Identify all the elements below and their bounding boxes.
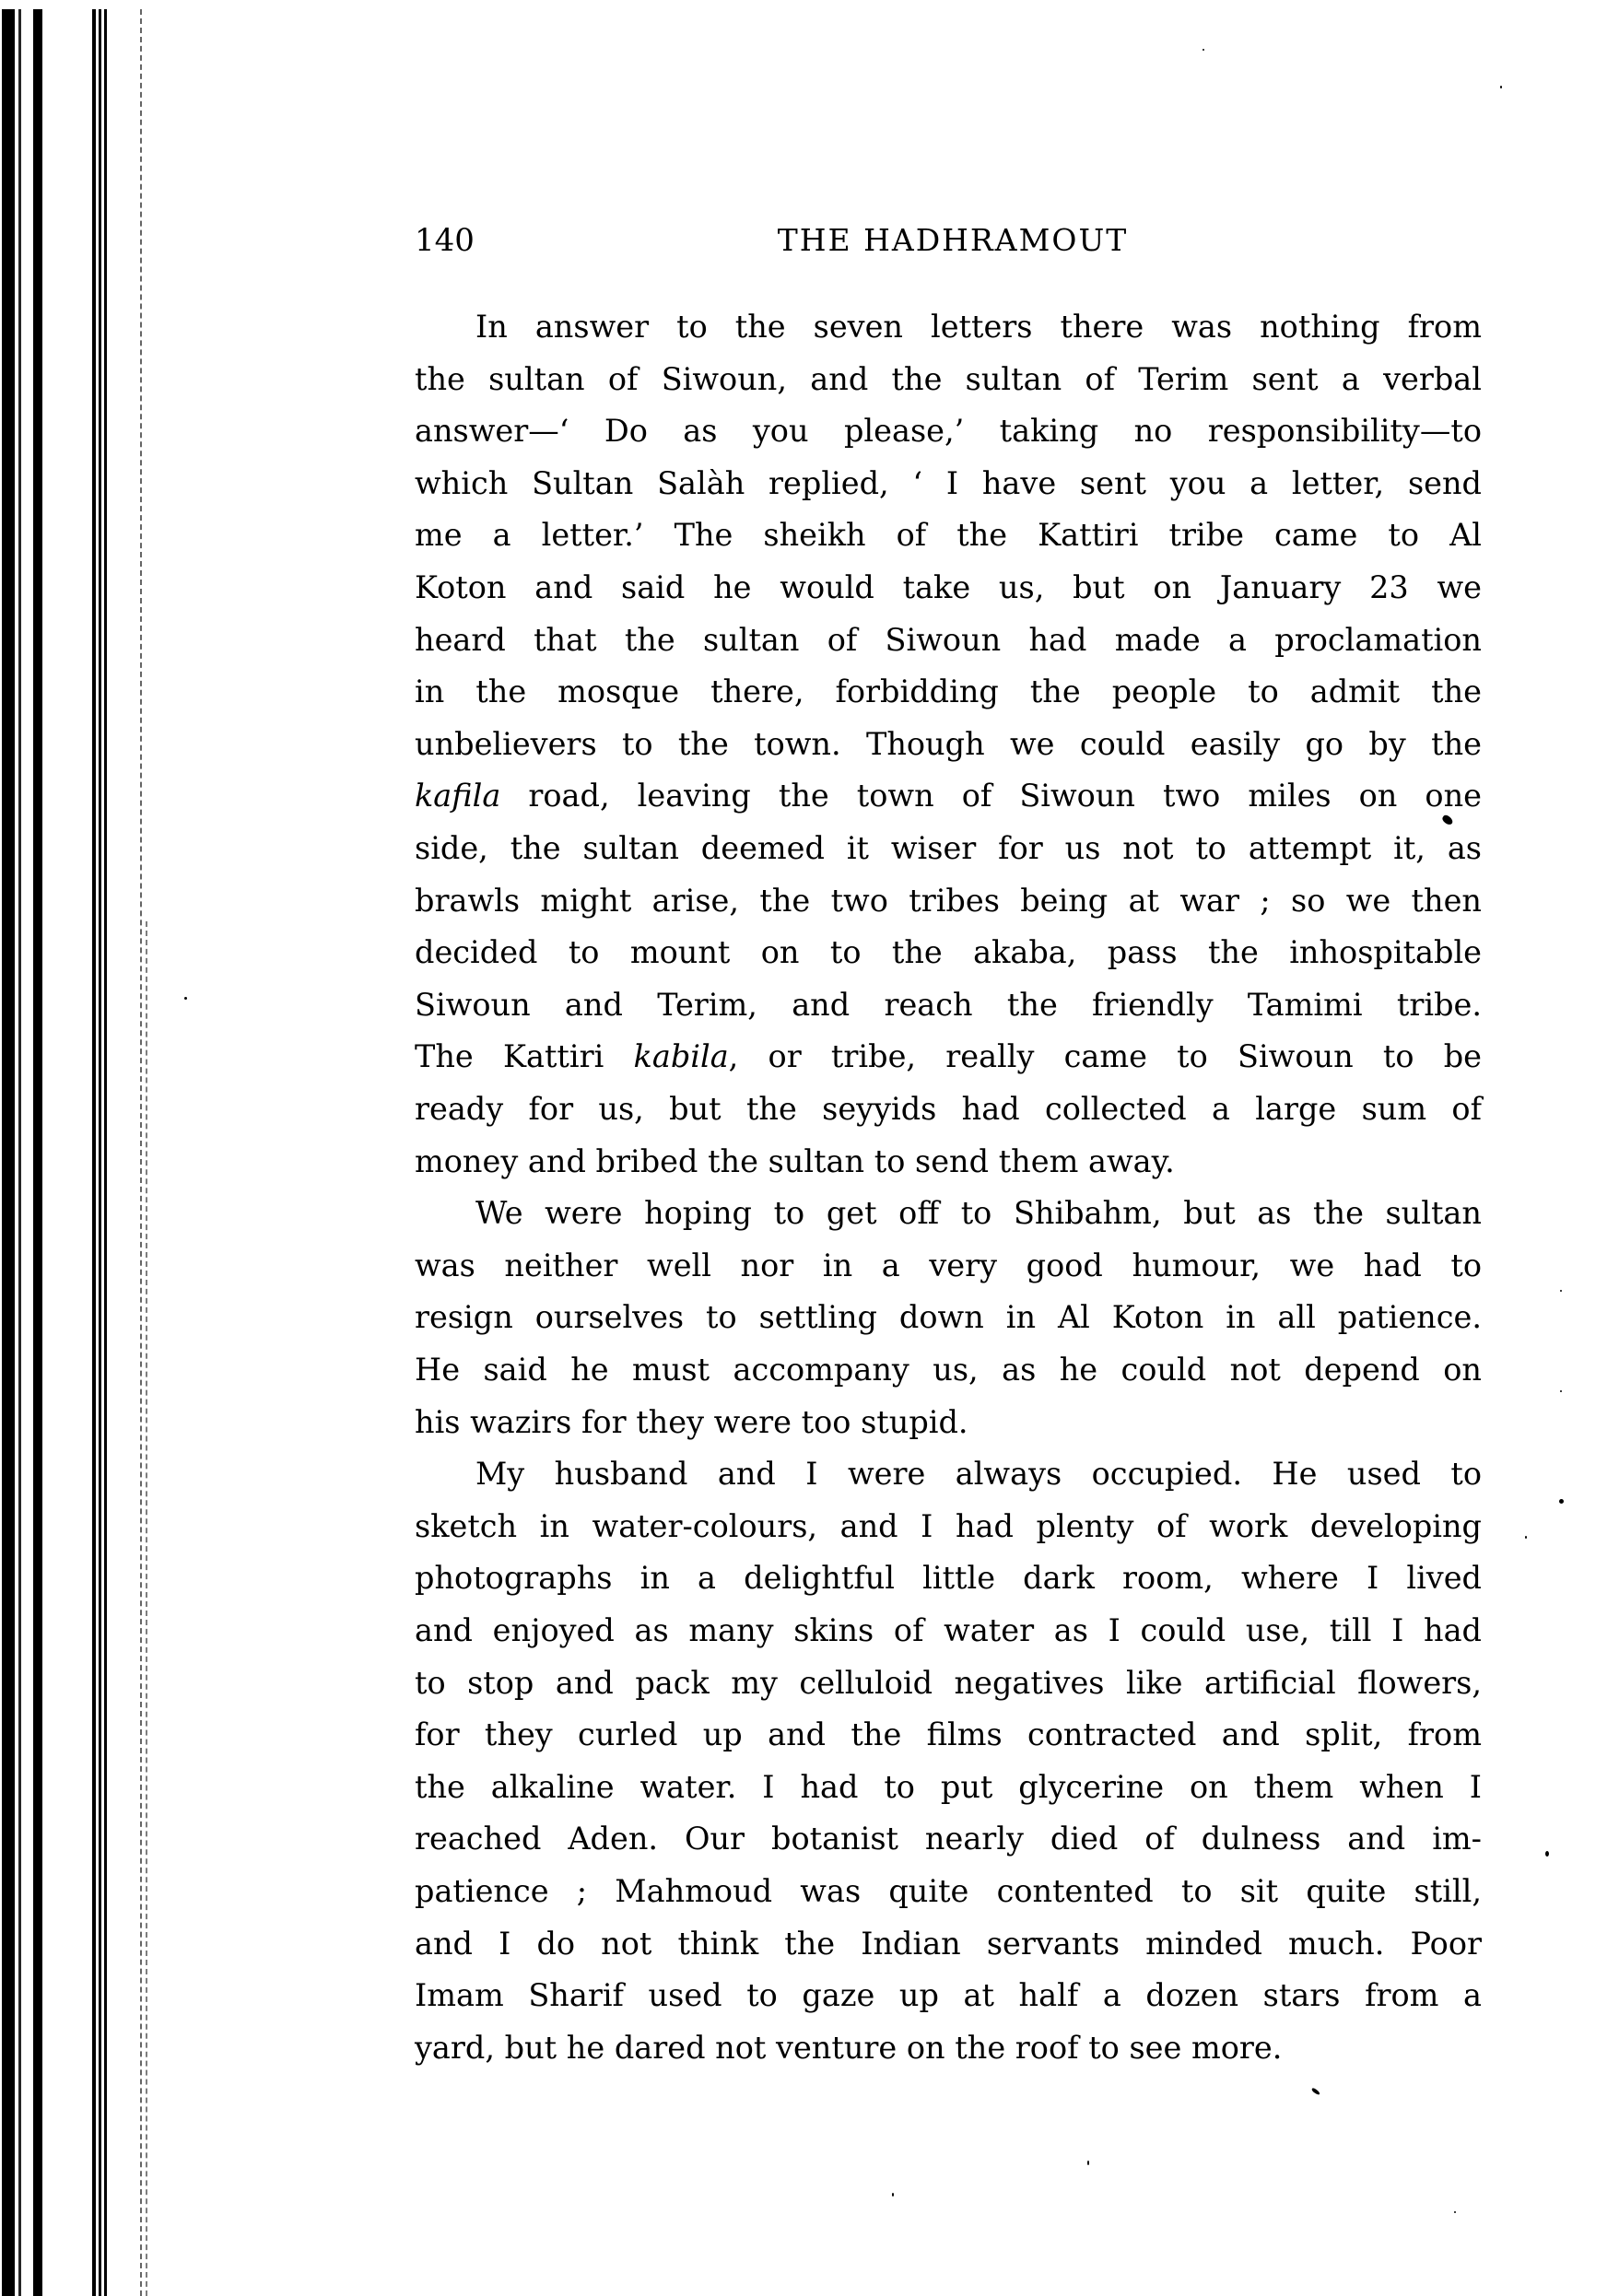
text-line: the sultan of Siwoun, and the sultan of … (415, 357, 1482, 403)
text-line: money and bribed the sultan to send them… (415, 1139, 1482, 1185)
binding-shadow-bar (99, 9, 101, 2296)
text-line: to stop and pack my celluloid negatives … (415, 1660, 1482, 1706)
text-line: resign ourselves to settling down in Al … (415, 1294, 1482, 1341)
scan-speck (1087, 2161, 1089, 2165)
scan-speck (1560, 1290, 1562, 1292)
text-line: reached Aden. Our botanist nearly died o… (415, 1816, 1482, 1862)
binding-shadow-bar (33, 9, 42, 2296)
scan-speck (1525, 1536, 1527, 1539)
binding-shadow-bar (2, 9, 15, 2296)
text-line: answer—‘ Do as you please,’ taking no re… (415, 408, 1482, 454)
binding-shadow-bar (104, 9, 107, 2296)
text-line: side, the sultan deemed it wiser for us … (415, 826, 1482, 872)
running-head: 140 THE HADHRAMOUT (415, 217, 1482, 264)
text-line: In answer to the seven letters there was… (475, 304, 1482, 350)
text-line: unbelievers to the town. Though we could… (415, 721, 1482, 767)
text-line: his wazirs for they were too stupid. (415, 1400, 1482, 1446)
text-line: and I do not think the Indian servants m… (415, 1921, 1482, 1967)
scan-speck (1559, 1499, 1564, 1504)
text-line: ready for us, but the seyyids had collec… (415, 1086, 1482, 1132)
scanned-book-page: 140 THE HADHRAMOUT In answer to the seve… (0, 0, 1619, 2296)
text-line: patience ; Mahmoud was quite contented t… (415, 1868, 1482, 1915)
scan-speck (1560, 1390, 1562, 1392)
text-line: photographs in a delightful little dark … (415, 1555, 1482, 1601)
text-line: me a letter.’ The sheikh of the Kattiri … (415, 512, 1482, 558)
scan-speck (892, 2193, 894, 2196)
italic-term: kafila (415, 778, 500, 814)
scan-speck (1500, 86, 1502, 88)
text-line: in the mosque there, forbidding the peop… (415, 669, 1482, 715)
scan-speck (1203, 49, 1204, 51)
text-line: Siwoun and Terim, and reach the friendly… (415, 982, 1482, 1028)
text-line: He said he must accompany us, as he coul… (415, 1347, 1482, 1393)
ink-smudge (1311, 2087, 1320, 2095)
text-line: brawls might arise, the two tribes being… (415, 878, 1482, 924)
text-line: the alkaline water. I had to put glyceri… (415, 1764, 1482, 1810)
text-line: The Kattiri kabila, or tribe, really cam… (415, 1034, 1482, 1080)
scan-speck (1454, 2211, 1456, 2213)
text-line: kafila road, leaving the town of Siwoun … (415, 773, 1482, 819)
binding-dotted-line (140, 9, 142, 2296)
text-line: My husband and I were always occupied. H… (475, 1451, 1482, 1497)
text-line: which Sultan Salàh replied, ‘ I have sen… (415, 461, 1482, 507)
text-line: heard that the sultan of Siwoun had made… (415, 617, 1482, 663)
text-line: We were hoping to get off to Shibahm, bu… (475, 1190, 1482, 1236)
scan-speck (184, 997, 187, 1000)
binding-shadow-bar (92, 9, 96, 2296)
binding-shadow-bar (18, 9, 21, 2296)
text-line: yard, but he dared not venture on the ro… (415, 2025, 1482, 2071)
binding-dotted-line (146, 921, 147, 2296)
text-line: Imam Sharif used to gaze up at half a do… (415, 1973, 1482, 2019)
text-line: sketch in water-colours, and I had plent… (415, 1504, 1482, 1550)
italic-term: kabila (634, 1038, 729, 1074)
scan-speck (1545, 1851, 1549, 1857)
text-line: Koton and said he would take us, but on … (415, 565, 1482, 611)
text-line: decided to mount on to the akaba, pass t… (415, 930, 1482, 976)
text-line: was neither well nor in a very good humo… (415, 1243, 1482, 1289)
text-line: and enjoyed as many skins of water as I … (415, 1608, 1482, 1654)
text-line: for they curled up and the films contrac… (415, 1712, 1482, 1758)
running-title: THE HADHRAMOUT (415, 217, 1482, 264)
